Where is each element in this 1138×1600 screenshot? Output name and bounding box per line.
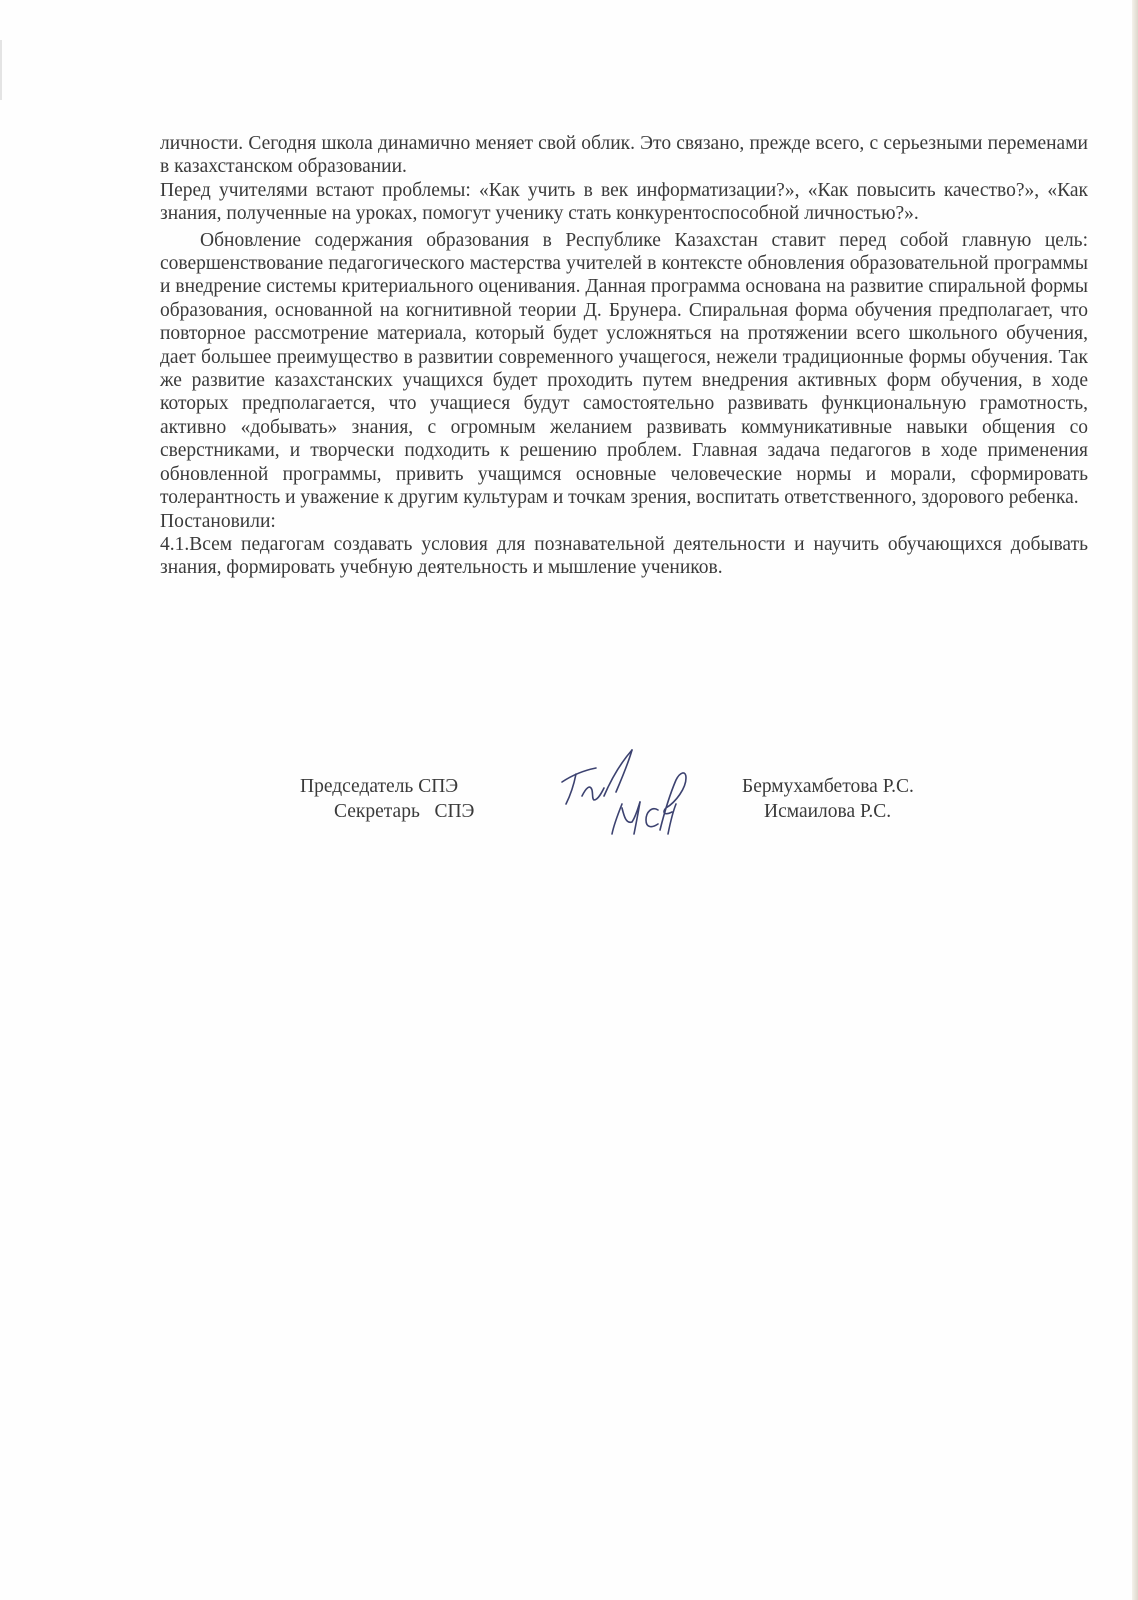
resolution-item: 4.1.Всем педагогам создавать условия для… (160, 533, 1088, 580)
signature-block: Председатель СПЭ Секретарь СПЭ Бермухамб… (0, 772, 1138, 852)
secretary-name: Исмаилова Р.С. (764, 801, 891, 823)
resolution-heading: Постановили: (160, 510, 1088, 533)
chair-name: Бермухамбетова Р.С. (742, 776, 914, 798)
handwritten-signature-icon (552, 744, 702, 839)
paragraph-questions: Перед учителями встают проблемы: «Как уч… (160, 179, 1088, 226)
paragraph-main: Обновление содержания образования в Респ… (160, 229, 1088, 510)
document-body: личности. Сегодня школа динамично меняет… (160, 132, 1088, 580)
scan-artifact (0, 40, 2, 100)
chair-role: Председатель СПЭ (300, 776, 458, 798)
paragraph-intro: личности. Сегодня школа динамично меняет… (160, 132, 1088, 179)
secretary-role: Секретарь СПЭ (334, 801, 474, 823)
